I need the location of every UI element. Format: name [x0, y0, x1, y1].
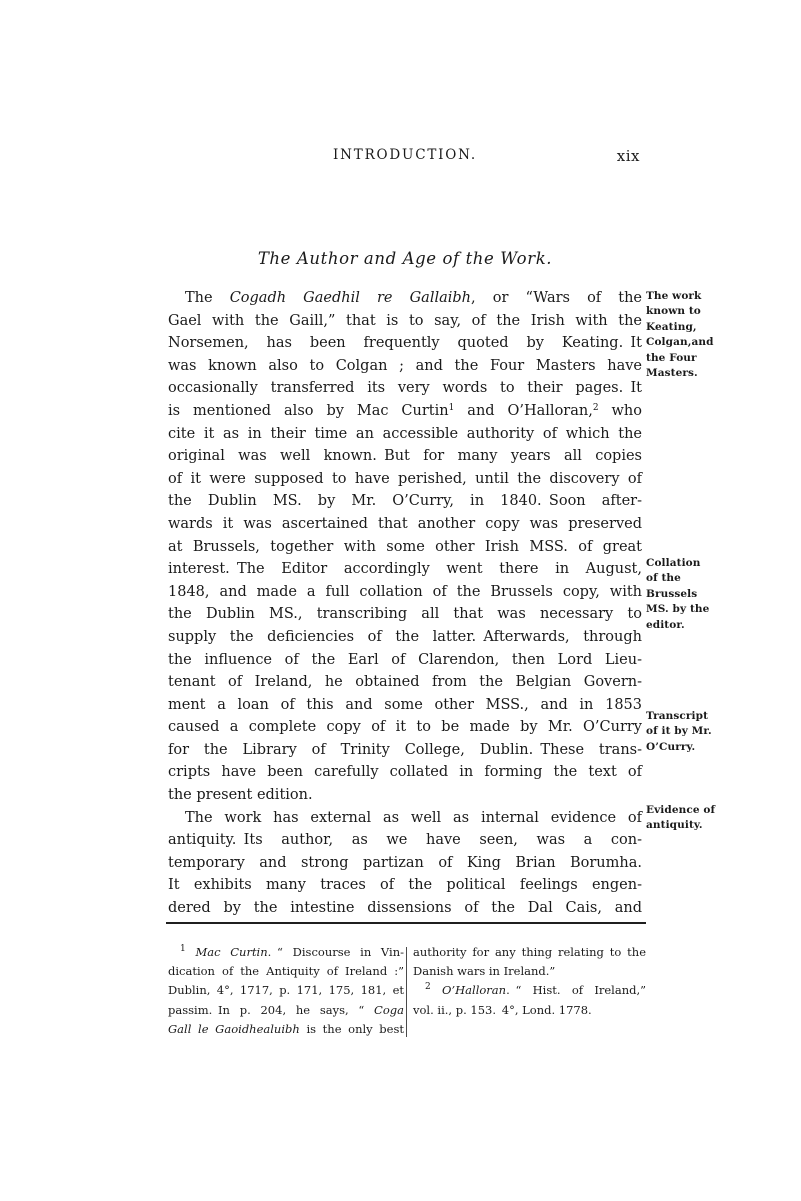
fn-line: vol. ii., p. 153. 4°, Lond. 1778. — [413, 1001, 646, 1020]
margin-note-line: antiquity. — [646, 818, 751, 833]
body-line: of it were supposed to have perished, un… — [168, 468, 642, 491]
margin-note-line: Collation — [646, 556, 751, 571]
margin-note-line: editor. — [646, 618, 751, 633]
margin-note: Collationof theBrusselsMS. by theeditor. — [646, 556, 751, 633]
margin-note-line: known to — [646, 304, 751, 319]
running-head: INTRODUCTION. xix — [168, 147, 642, 169]
section-heading: The Author and Age of the Work. — [168, 249, 642, 268]
margin-note: The workknown toKeating,Colgan,andthe Fo… — [646, 289, 751, 381]
margin-note-line: Evidence of — [646, 803, 751, 818]
body-line: interest. The Editor accordingly went th… — [168, 558, 642, 581]
margin-note-line: Masters. — [646, 366, 751, 381]
running-head-title: INTRODUCTION. — [168, 147, 642, 163]
margin-note: Evidence ofantiquity. — [646, 803, 751, 834]
body-line: original was well known. But for many ye… — [168, 445, 642, 468]
body-line: wards it was ascertained that another co… — [168, 513, 642, 536]
body-line: Norsemen, has been frequently quoted by … — [168, 332, 642, 355]
body-line: at Brussels, together with some other Ir… — [168, 536, 642, 559]
footnote-column-right: authority for any thing relating to theD… — [413, 943, 646, 1020]
footnote-separator-rule — [166, 922, 646, 924]
body-line: cripts have been carefully collated in f… — [168, 761, 642, 784]
body-line: caused a complete copy of it to be made … — [168, 716, 642, 739]
body-line: supply the deficiencies of the latter. A… — [168, 626, 642, 649]
footnote-column-left: 1 Mac Curtin. “ Discourse in Vin-dicatio… — [168, 943, 404, 1039]
body-line: temporary and strong partizan of King Br… — [168, 852, 642, 875]
fn-line: authority for any thing relating to the — [413, 943, 646, 962]
fn-line: Dublin, 4°, 1717, p. 171, 175, 181, et — [168, 981, 404, 1000]
fn-line: Gall le Gaoidhealuibh is the only best — [168, 1020, 404, 1039]
body-line: the Dublin MS., transcribing all that wa… — [168, 603, 642, 626]
body-line: the influence of the Earl of Clarendon, … — [168, 649, 642, 672]
margin-note-line: of it by Mr. — [646, 724, 751, 739]
margin-note-line: MS. by the — [646, 602, 751, 617]
margin-note-line: of the — [646, 571, 751, 586]
fn-line: dication of the Antiquity of Ireland :” — [168, 962, 404, 981]
fn-line: 1 Mac Curtin. “ Discourse in Vin- — [168, 943, 404, 962]
margin-note-line: Brussels — [646, 587, 751, 602]
margin-note: Transcriptof it by Mr.O’Curry. — [646, 709, 751, 755]
body-line: the present edition. — [168, 784, 642, 807]
margin-note-line: the Four — [646, 351, 751, 366]
fn-line: Danish wars in Ireland.” — [413, 962, 646, 981]
body-line: is mentioned also by Mac Curtin1 and O’H… — [168, 400, 642, 423]
margin-note-line: Transcript — [646, 709, 751, 724]
fn-line: passim. In p. 204, he says, “ Coga — [168, 1001, 404, 1020]
page: INTRODUCTION. xix The Author and Age of … — [0, 0, 801, 1201]
margin-note-line: Keating, — [646, 320, 751, 335]
body-line: It exhibits many traces of the political… — [168, 874, 642, 897]
footnotes: 1 Mac Curtin. “ Discourse in Vin-dicatio… — [168, 943, 646, 1043]
body-text: The Cogadh Gaedhil re Gallaibh, or “Wars… — [168, 287, 642, 920]
fn-line: 2 O’Halloran. “ Hist. of Ireland,” — [413, 981, 646, 1000]
body-line: The Cogadh Gaedhil re Gallaibh, or “Wars… — [168, 287, 642, 310]
body-line: 1848, and made a full collation of the B… — [168, 581, 642, 604]
body-line: The work has external as well as interna… — [168, 807, 642, 830]
body-line: antiquity. Its author, as we have seen, … — [168, 829, 642, 852]
body-line: Gael with the Gaill,” that is to say, of… — [168, 310, 642, 333]
body-line: tenant of Ireland, he obtained from the … — [168, 671, 642, 694]
body-line: ment a loan of this and some other MSS.,… — [168, 694, 642, 717]
margin-note-line: Colgan,and — [646, 335, 751, 350]
body-line: dered by the intestine dissensions of th… — [168, 897, 642, 920]
margin-note-line: The work — [646, 289, 751, 304]
margin-note-line: O’Curry. — [646, 740, 751, 755]
body-line: was known also to Colgan ; and the Four … — [168, 355, 642, 378]
footnote-column-divider — [406, 947, 407, 1037]
body-line: for the Library of Trinity College, Dubl… — [168, 739, 642, 762]
body-line: occasionally transferred its very words … — [168, 377, 642, 400]
body-line: the Dublin MS. by Mr. O’Curry, in 1840. … — [168, 490, 642, 513]
body-line: cite it as in their time an accessible a… — [168, 423, 642, 446]
page-number: xix — [617, 147, 640, 165]
